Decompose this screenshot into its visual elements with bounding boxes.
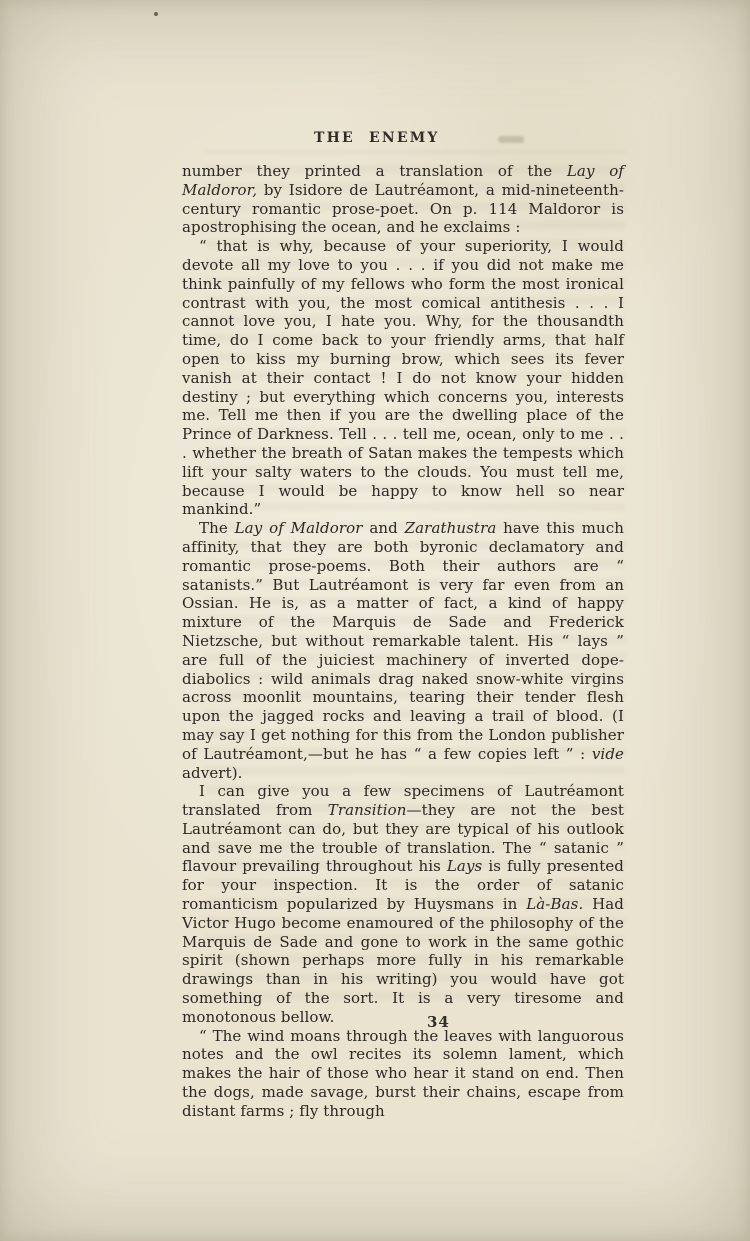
- text-run: have this much affinity, that they are b…: [182, 519, 624, 763]
- italic-text-run: Lays: [447, 857, 482, 875]
- text-run: advert).: [182, 764, 243, 782]
- paper-smudge: [498, 136, 524, 143]
- paper-speck: [154, 12, 158, 16]
- text-run: “ The wind moans through the leaves with…: [182, 1027, 624, 1120]
- text-run: number they printed a translation of the: [182, 162, 567, 180]
- italic-text-run: Zarathustra: [405, 519, 497, 537]
- scanned-book-page: { "colors": { "paper": "#e9e3d0", "ink":…: [0, 0, 750, 1241]
- running-header: THE ENEMY: [314, 130, 440, 146]
- page-number: 34: [427, 1013, 450, 1031]
- paragraph: “ The wind moans through the leaves with…: [182, 1027, 624, 1121]
- body-text: number they printed a translation of the…: [182, 162, 624, 1121]
- text-run: The: [199, 519, 235, 537]
- paragraph: “ that is why, because of your superiori…: [182, 237, 624, 519]
- paragraph: number they printed a translation of the…: [182, 162, 624, 237]
- text-run: “ that is why, because of your superiori…: [182, 237, 624, 518]
- italic-text-run: Transition: [328, 801, 407, 819]
- text-run: and: [363, 519, 405, 537]
- paragraph: The Lay of Maldoror and Zarathustra have…: [182, 519, 624, 782]
- paragraph: I can give you a few specimens of Lautré…: [182, 782, 624, 1026]
- text-run: Had Victor Hugo become enamoured of the …: [182, 895, 624, 1026]
- italic-text-run: Là-Bas.: [526, 895, 583, 913]
- italic-text-run: vide: [592, 745, 624, 763]
- italic-text-run: Lay of Maldoror: [235, 519, 363, 537]
